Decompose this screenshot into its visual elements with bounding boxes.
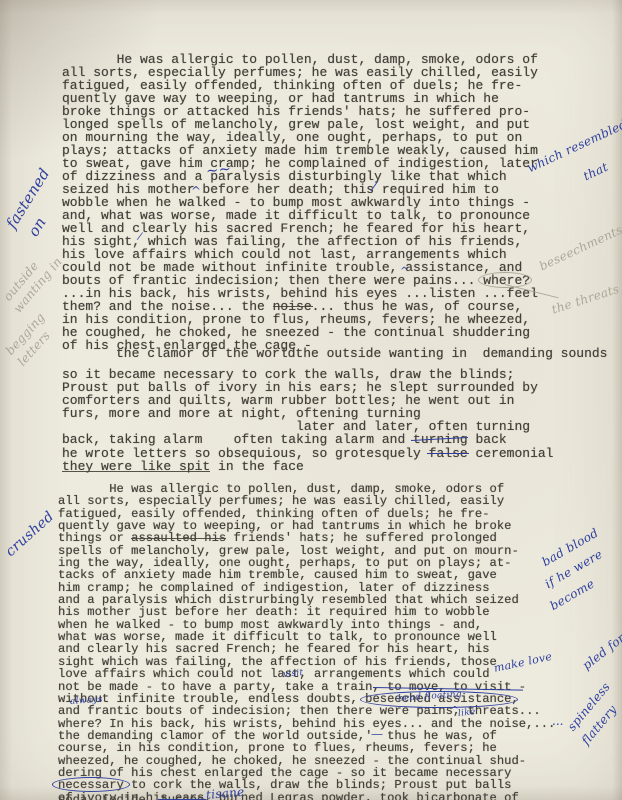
manuscript-page: He was allergic to pollen, dust, damp, s… — [0, 0, 622, 800]
typed-line: and frantic bouts of indecision; then th… — [58, 705, 555, 717]
handwritten-mark: ^ — [191, 184, 201, 198]
editing-mark — [131, 538, 226, 539]
handwritten-annotation: tisane — [205, 785, 245, 800]
handwritten-annotation: crushed — [3, 509, 58, 560]
editing-mark — [52, 777, 130, 792]
typed-line: all sorts, especially perfumes; he was e… — [58, 495, 555, 507]
typed-line: and clearly his sacred French; he feared… — [58, 643, 555, 655]
handwritten-annotation: pled for — [580, 631, 622, 673]
typed-line: he wrote letters so obsequious, so grote… — [62, 447, 553, 460]
handwritten-annotation: on — [24, 214, 49, 240]
handwritten-annotation: beseechments — [537, 222, 622, 273]
typed-paragraph-2: He was allergic to pollen, dust, damp, s… — [58, 483, 555, 800]
typed-line: love affairs which could not last, arran… — [58, 668, 555, 680]
typed-paragraph-1: He was allergic to pollen, dust, damp, s… — [62, 53, 538, 352]
handwritten-mark: — — [371, 727, 383, 741]
typed-line-clamor: the clamor of the worldthe outside wanti… — [116, 347, 607, 360]
editing-mark — [427, 453, 469, 454]
typed-stanza: so it became necessary to cork the walls… — [62, 368, 553, 473]
editing-mark — [273, 306, 313, 307]
handwritten-annotation: the threats — [550, 282, 621, 317]
editing-mark — [478, 272, 532, 288]
typed-line: back, taking alarm often taking alarm an… — [62, 433, 553, 446]
typed-line: not be made - to have a party, take a tr… — [58, 681, 555, 693]
typed-line: necessary to cork the walls, draw the bl… — [58, 779, 555, 791]
typed-line: his mother just before her death: it req… — [58, 606, 555, 618]
editing-mark — [62, 471, 210, 472]
typed-line: tacks of anxiety made him tremble, cause… — [58, 569, 555, 581]
handwritten-annotation: visit — [282, 668, 304, 680]
editing-mark — [360, 691, 518, 708]
handwritten-annotation: that — [581, 160, 610, 184]
handwritten-annotation: like — [457, 707, 476, 719]
typed-line: course, in his condition, prone to flues… — [58, 742, 555, 754]
handwritten-mark: ^ — [400, 266, 408, 277]
handwritten-mark: ... — [552, 714, 563, 728]
handwritten-mark: ~~ — [205, 159, 232, 180]
